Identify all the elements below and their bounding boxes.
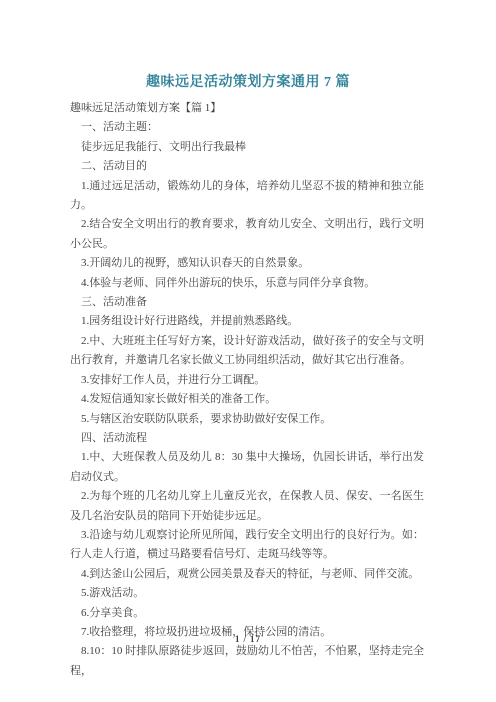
paragraph: 2.中、大班班主任写好方案，设计好游戏活动，做好孩子的安全与文明出行教育，并邀请… bbox=[70, 332, 424, 371]
paragraph: 1.中、大班保教人员及幼儿 8：30 集中大操场，仇园长讲话，举行出发启动仪式。 bbox=[70, 448, 424, 487]
paragraph: 4.到达釜山公园后，观赏公园美景及春天的特征，与老师、同伴交流。 bbox=[70, 565, 424, 584]
paragraph: 8.10：10 时排队原路徒步返回，鼓励幼儿不怕苦，不怕累，坚持走完全程， bbox=[70, 642, 424, 681]
paragraph: 3.安排好工作人员，并进行分工调配。 bbox=[70, 371, 424, 390]
paragraph: 3.沿途与幼儿观察讨论所见所闻，践行安全文明出行的良好行为。如：行人走人行道，横… bbox=[70, 526, 424, 565]
paragraph: 二、活动目的 bbox=[70, 157, 424, 176]
paragraph: 趣味远足活动策划方案【篇 1】 bbox=[70, 99, 424, 118]
paragraph: 4.体验与老师、同伴外出游玩的快乐，乐意与同伴分享食物。 bbox=[70, 274, 424, 293]
paragraph: 4.发短信通知家长做好相关的准备工作。 bbox=[70, 390, 424, 409]
page-footer: 1/17 bbox=[0, 634, 496, 644]
paragraph: 1.通过远足活动，锻炼幼儿的身体，培养幼儿坚忍不拔的精神和独立能力。 bbox=[70, 177, 424, 216]
paragraph: 2.结合安全文明出行的教育要求，教育幼儿安全、文明出行，践行文明小公民。 bbox=[70, 215, 424, 254]
paragraph: 5.游戏活动。 bbox=[70, 584, 424, 603]
paragraph: 徒步远足我能行、文明出行我最棒 bbox=[70, 138, 424, 157]
paragraph: 6.分享美食。 bbox=[70, 604, 424, 623]
paragraph: 5.与辖区治安联防队联系，要求协助做好安保工作。 bbox=[70, 410, 424, 429]
paragraph: 2.为每个班的几名幼儿穿上儿童反光衣，在保教人员、保安、一名医生及几名治安队员的… bbox=[70, 487, 424, 526]
paragraph: 3.开阔幼儿的视野，感知认识春天的自然景象。 bbox=[70, 254, 424, 273]
document-page: 趣味远足活动策划方案通用 7 篇 趣味远足活动策划方案【篇 1】一、活动主题：徒… bbox=[0, 0, 496, 702]
document-body: 趣味远足活动策划方案【篇 1】一、活动主题：徒步远足我能行、文明出行我最棒二、活… bbox=[70, 99, 424, 681]
page-title: 趣味远足活动策划方案通用 7 篇 bbox=[36, 71, 460, 95]
paragraph: 三、活动准备 bbox=[70, 293, 424, 312]
paragraph: 四、活动流程 bbox=[70, 429, 424, 448]
footer-total-pages: 17 bbox=[250, 634, 261, 644]
paragraph: 一、活动主题： bbox=[70, 118, 424, 137]
paragraph: 1.园务组设计好行进路线，并提前熟悉路线。 bbox=[70, 312, 424, 331]
footer-page-separator: / bbox=[240, 634, 250, 644]
